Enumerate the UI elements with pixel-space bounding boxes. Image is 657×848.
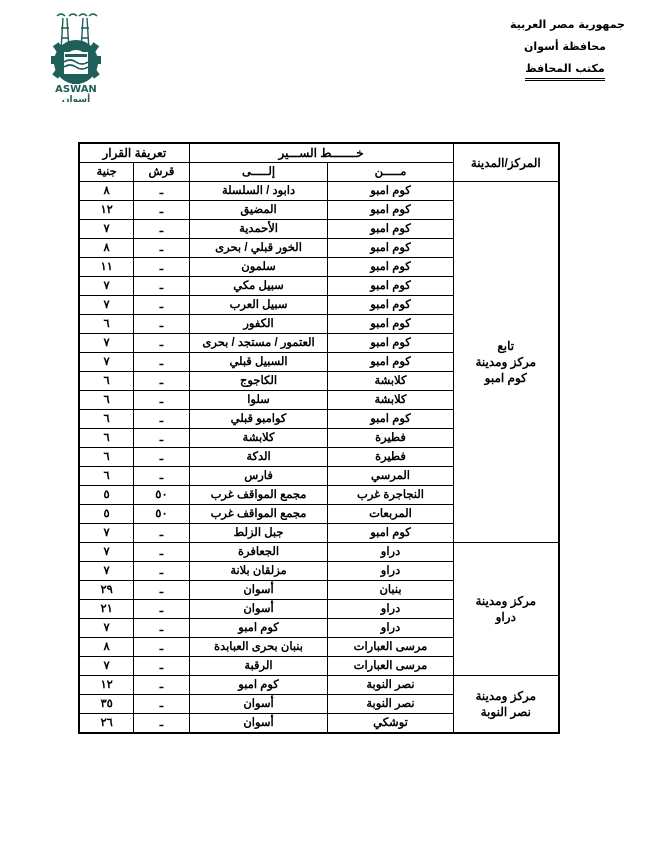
to-cell: أسوان	[189, 581, 328, 600]
from-cell: كوم امبو	[328, 353, 453, 372]
from-cell: كوم امبو	[328, 315, 453, 334]
qirsh-cell: ـ	[134, 315, 189, 334]
pound-cell: ٧	[79, 562, 134, 581]
pound-cell: ٨	[79, 239, 134, 258]
pound-cell: ٧	[79, 220, 134, 239]
pound-cell: ٥	[79, 505, 134, 524]
center-group-line: مركز ومدينة	[454, 688, 558, 704]
header-route: خـــــــط الســـير	[189, 143, 453, 163]
qirsh-cell: ـ	[134, 619, 189, 638]
pound-cell: ٧	[79, 657, 134, 676]
to-cell: كوامبو قبلي	[189, 410, 328, 429]
header-from: مـــــن	[328, 163, 453, 182]
to-cell: بنبان بحرى العبابدة	[189, 638, 328, 657]
from-cell: فطيرة	[328, 448, 453, 467]
pound-cell: ٦	[79, 372, 134, 391]
gear-water-tower-icon: ASWAN أسوان	[33, 10, 119, 102]
to-cell: مزلقان بلانة	[189, 562, 328, 581]
header-center: المركز/المدينة	[453, 143, 559, 182]
qirsh-cell: ـ	[134, 391, 189, 410]
qirsh-cell: ـ	[134, 277, 189, 296]
to-cell: الأحمدية	[189, 220, 328, 239]
from-cell: نصر النوبة	[328, 676, 453, 695]
pound-cell: ٦	[79, 467, 134, 486]
to-cell: دابود / السلسلة	[189, 182, 328, 201]
to-cell: الكفور	[189, 315, 328, 334]
qirsh-cell: ـ	[134, 600, 189, 619]
to-cell: كوم امبو	[189, 619, 328, 638]
qirsh-cell: ـ	[134, 524, 189, 543]
table-row: تابعمركز ومدينةكوم امبوكوم امبودابود / ا…	[79, 182, 559, 201]
from-cell: كوم امبو	[328, 277, 453, 296]
pound-cell: ٧	[79, 543, 134, 562]
to-cell: الرقبة	[189, 657, 328, 676]
from-cell: مرسى العبارات	[328, 657, 453, 676]
header-row-1: المركز/المدينة خـــــــط الســـير تعريفة…	[79, 143, 559, 163]
pound-cell: ٣٥	[79, 695, 134, 714]
from-cell: كوم امبو	[328, 296, 453, 315]
from-cell: كوم امبو	[328, 220, 453, 239]
from-cell: دراو	[328, 600, 453, 619]
from-cell: توشكي	[328, 714, 453, 734]
qirsh-cell: ٥٠	[134, 505, 189, 524]
letterhead-governorate: محافظة أسوان	[505, 36, 625, 58]
center-group-cell: تابعمركز ومدينةكوم امبو	[453, 182, 559, 543]
qirsh-cell: ـ	[134, 714, 189, 734]
to-cell: سبيل العرب	[189, 296, 328, 315]
from-cell: دراو	[328, 543, 453, 562]
to-cell: كوم امبو	[189, 676, 328, 695]
qirsh-cell: ـ	[134, 638, 189, 657]
from-cell: كلابشة	[328, 372, 453, 391]
pound-cell: ٦	[79, 429, 134, 448]
qirsh-cell: ـ	[134, 657, 189, 676]
from-cell: كوم امبو	[328, 410, 453, 429]
from-cell: دراو	[328, 562, 453, 581]
from-cell: كوم امبو	[328, 524, 453, 543]
table-row: مركز ومدينةدراودراوالجعافرةـ٧	[79, 543, 559, 562]
qirsh-cell: ـ	[134, 353, 189, 372]
from-cell: كلابشة	[328, 391, 453, 410]
center-group-cell: مركز ومدينةدراو	[453, 543, 559, 676]
to-cell: الجعافرة	[189, 543, 328, 562]
from-cell: كوم امبو	[328, 239, 453, 258]
qirsh-cell: ـ	[134, 429, 189, 448]
qirsh-cell: ـ	[134, 182, 189, 201]
to-cell: الدكة	[189, 448, 328, 467]
header-pound: جنية	[79, 163, 134, 182]
qirsh-cell: ـ	[134, 676, 189, 695]
from-cell: بنبان	[328, 581, 453, 600]
qirsh-cell: ـ	[134, 562, 189, 581]
from-cell: دراو	[328, 619, 453, 638]
letterhead: جمهورية مصر العربية محافظة أسوان مكتب ال…	[505, 14, 625, 81]
pound-cell: ٢٦	[79, 714, 134, 734]
to-cell: سلمون	[189, 258, 328, 277]
pound-cell: ٦	[79, 448, 134, 467]
from-cell: المربعات	[328, 505, 453, 524]
pound-cell: ٢١	[79, 600, 134, 619]
to-cell: السبيل قبلي	[189, 353, 328, 372]
qirsh-cell: ـ	[134, 258, 189, 277]
center-group-line: تابع	[454, 338, 558, 354]
fare-table-body: تابعمركز ومدينةكوم امبوكوم امبودابود / ا…	[79, 182, 559, 734]
fare-table: المركز/المدينة خـــــــط الســـير تعريفة…	[78, 142, 560, 734]
qirsh-cell: ـ	[134, 372, 189, 391]
to-cell: سلوا	[189, 391, 328, 410]
to-cell: أسوان	[189, 600, 328, 619]
from-cell: كوم امبو	[328, 258, 453, 277]
to-cell: كلابشة	[189, 429, 328, 448]
to-cell: أسوان	[189, 695, 328, 714]
to-cell: الخور قبلي / بحرى	[189, 239, 328, 258]
pound-cell: ٦	[79, 410, 134, 429]
header-to: إلـــــى	[189, 163, 328, 182]
svg-text:أسوان: أسوان	[62, 93, 90, 102]
header-qirsh: قرش	[134, 163, 189, 182]
center-group-line: دراو	[454, 609, 558, 625]
letterhead-office: مكتب المحافظ	[525, 61, 605, 81]
aswan-governorate-logo: ASWAN أسوان	[33, 10, 119, 102]
qirsh-cell: ـ	[134, 220, 189, 239]
from-cell: كوم امبو	[328, 182, 453, 201]
pound-cell: ٧	[79, 619, 134, 638]
pound-cell: ١٢	[79, 676, 134, 695]
center-group-cell: مركز ومدينةنصر النوبة	[453, 676, 559, 734]
pound-cell: ٧	[79, 353, 134, 372]
center-group-line: مركز ومدينة	[454, 593, 558, 609]
pound-cell: ١١	[79, 258, 134, 277]
from-cell: فطيرة	[328, 429, 453, 448]
to-cell: المضيق	[189, 201, 328, 220]
to-cell: مجمع المواقف غرب	[189, 505, 328, 524]
header-fare: تعريفة القرار	[79, 143, 189, 163]
from-cell: المرسي	[328, 467, 453, 486]
from-cell: كوم امبو	[328, 334, 453, 353]
to-cell: العتمور / مستجد / بحرى	[189, 334, 328, 353]
pound-cell: ٦	[79, 391, 134, 410]
pound-cell: ٥	[79, 486, 134, 505]
center-group-line: مركز ومدينة	[454, 354, 558, 370]
to-cell: مجمع المواقف غرب	[189, 486, 328, 505]
table-row: مركز ومدينةنصر النوبةنصر النوبةكوم امبوـ…	[79, 676, 559, 695]
qirsh-cell: ـ	[134, 296, 189, 315]
letterhead-country: جمهورية مصر العربية	[505, 14, 625, 36]
qirsh-cell: ـ	[134, 581, 189, 600]
qirsh-cell: ـ	[134, 201, 189, 220]
center-group-line: كوم امبو	[454, 370, 558, 386]
pound-cell: ٧	[79, 334, 134, 353]
from-cell: مرسى العبارات	[328, 638, 453, 657]
pound-cell: ٧	[79, 524, 134, 543]
to-cell: الكاجوج	[189, 372, 328, 391]
pound-cell: ٧	[79, 296, 134, 315]
pound-cell: ٢٩	[79, 581, 134, 600]
qirsh-cell: ـ	[134, 334, 189, 353]
pound-cell: ٦	[79, 315, 134, 334]
pound-cell: ١٢	[79, 201, 134, 220]
qirsh-cell: ـ	[134, 448, 189, 467]
pound-cell: ٨	[79, 182, 134, 201]
to-cell: فارس	[189, 467, 328, 486]
pound-cell: ٨	[79, 638, 134, 657]
from-cell: كوم امبو	[328, 201, 453, 220]
from-cell: النجاجرة غرب	[328, 486, 453, 505]
to-cell: أسوان	[189, 714, 328, 734]
qirsh-cell: ٥٠	[134, 486, 189, 505]
qirsh-cell: ـ	[134, 695, 189, 714]
svg-text:ASWAN: ASWAN	[55, 84, 97, 95]
center-group-line: نصر النوبة	[454, 704, 558, 720]
qirsh-cell: ـ	[134, 410, 189, 429]
qirsh-cell: ـ	[134, 467, 189, 486]
from-cell: نصر النوبة	[328, 695, 453, 714]
qirsh-cell: ـ	[134, 543, 189, 562]
qirsh-cell: ـ	[134, 239, 189, 258]
to-cell: جبل الزلط	[189, 524, 328, 543]
pound-cell: ٧	[79, 277, 134, 296]
to-cell: سبيل مكي	[189, 277, 328, 296]
